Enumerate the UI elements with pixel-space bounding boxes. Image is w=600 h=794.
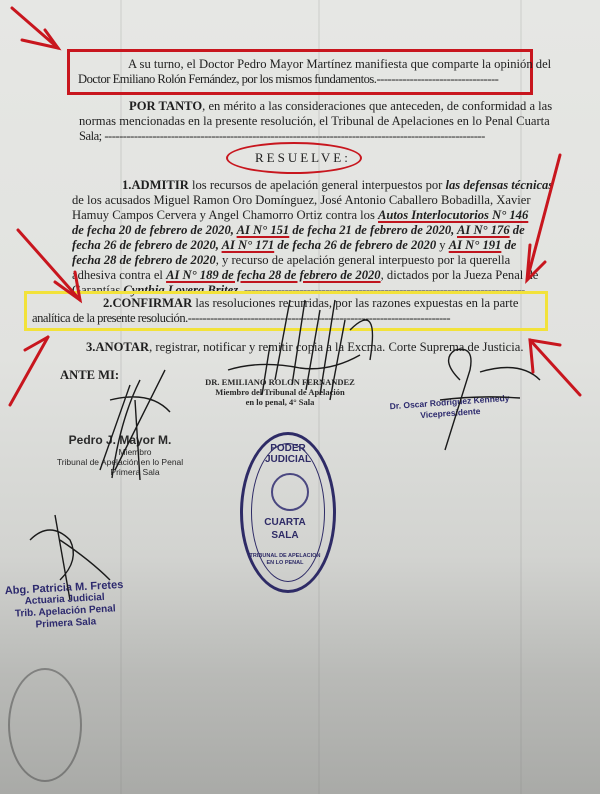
handwritten-signature bbox=[30, 300, 540, 600]
annotation-overlay bbox=[0, 0, 600, 794]
red-arrow-icon bbox=[10, 8, 580, 405]
